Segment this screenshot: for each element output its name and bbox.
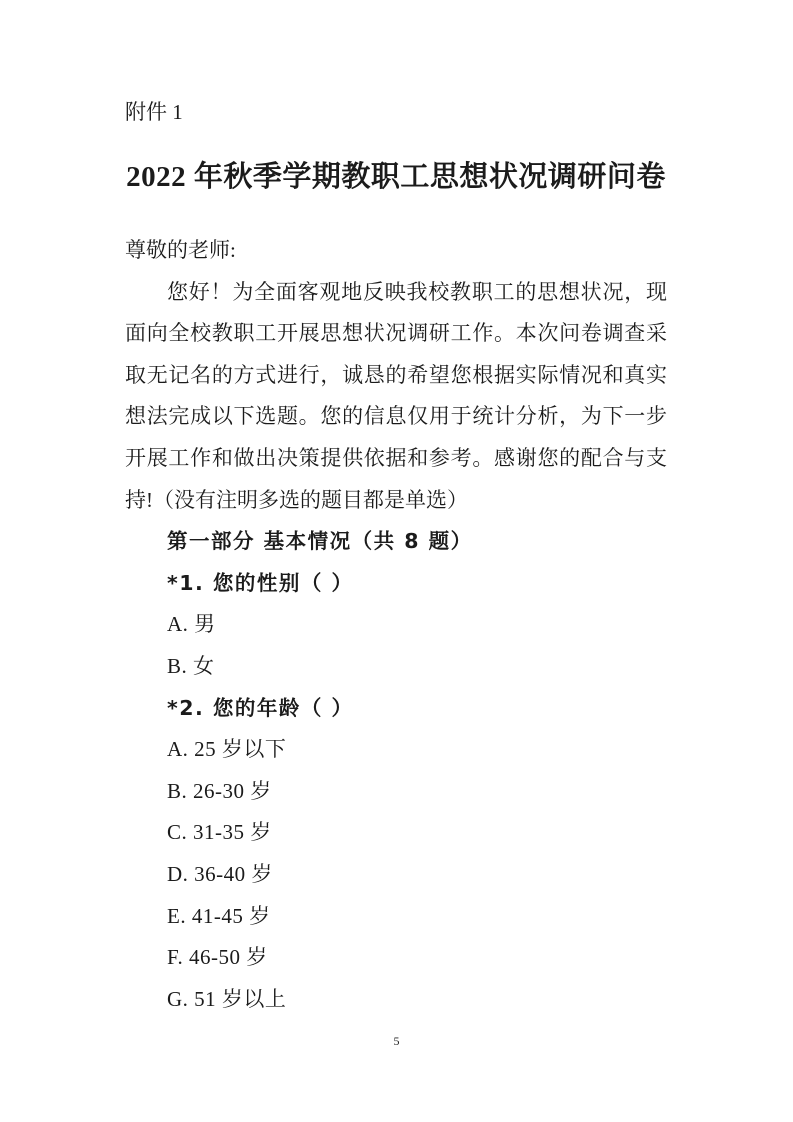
intro-line-3: 取无记名的方式进行，诚恳的希望您根据实际情况和真实 <box>125 355 667 397</box>
question-2-option-f: F. 46-50 岁 <box>125 937 667 979</box>
question-1-option-a: A. 男 <box>125 604 667 646</box>
question-1-option-b: B. 女 <box>125 646 667 688</box>
question-2-option-c: C. 31-35 岁 <box>125 812 667 854</box>
intro-line-4: 想法完成以下选题。您的信息仅用于统计分析，为下一步 <box>125 396 667 438</box>
question-2-label: *2. 您的年龄（ ） <box>125 688 667 730</box>
document-page: 附件 1 2022 年秋季学期教职工思想状况调研问卷 尊敬的老师: 您好！为全面… <box>125 0 667 1020</box>
question-1-label: *1. 您的性别（ ） <box>125 563 667 605</box>
question-2-option-b: B. 26-30 岁 <box>125 771 667 813</box>
section-1-heading: 第一部分 基本情况（共 8 题） <box>125 521 667 563</box>
question-2-option-e: E. 41-45 岁 <box>125 896 667 938</box>
intro-line-5: 开展工作和做出决策提供依据和参考。感谢您的配合与支 <box>125 438 667 480</box>
salutation: 尊敬的老师: <box>125 230 667 272</box>
page-number: 5 <box>0 1033 793 1049</box>
intro-line-6: 持!（没有注明多选的题目都是单选） <box>125 480 667 522</box>
question-2-option-a: A. 25 岁以下 <box>125 729 667 771</box>
question-2-option-g: G. 51 岁以上 <box>125 979 667 1021</box>
intro-line-2: 面向全校教职工开展思想状况调研工作。本次问卷调查采 <box>125 313 667 355</box>
page-title: 2022 年秋季学期教职工思想状况调研问卷 <box>95 157 697 197</box>
attachment-label: 附件 1 <box>125 100 667 124</box>
question-2-option-d: D. 36-40 岁 <box>125 854 667 896</box>
intro-line-1: 您好！为全面客观地反映我校教职工的思想状况，现 <box>125 272 667 314</box>
